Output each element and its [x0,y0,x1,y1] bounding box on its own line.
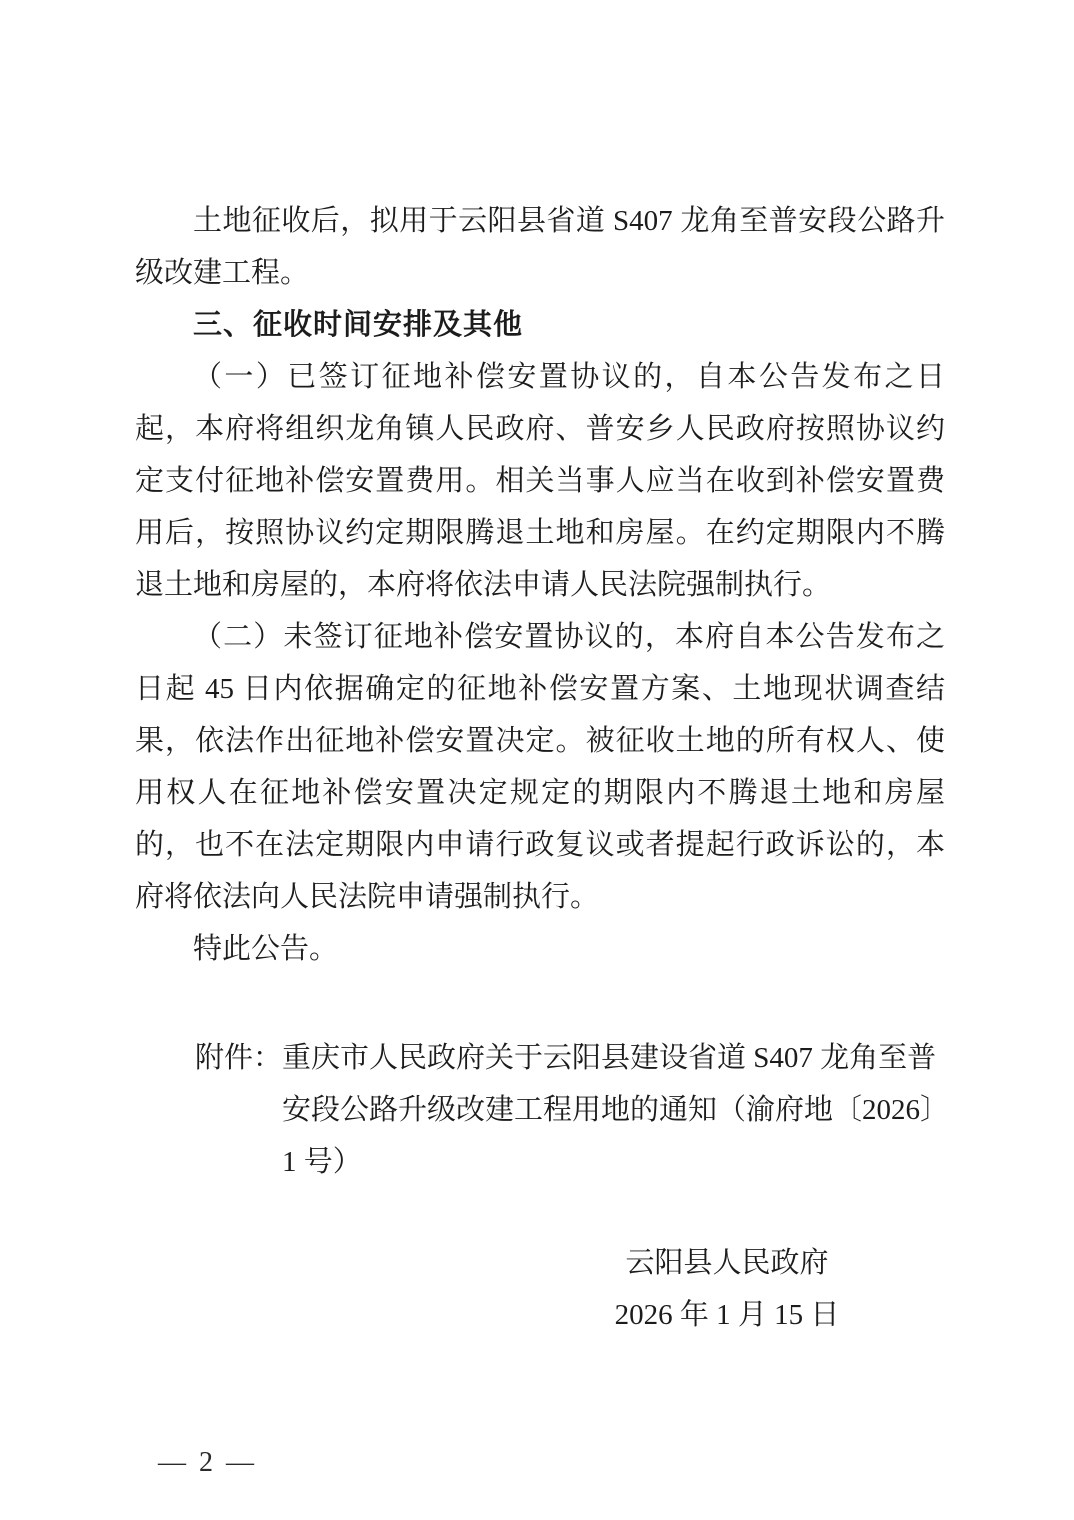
paragraph-item-2: （二）未签订征地补偿安置协议的，本府自本公告发布之日起 45 日内依据确定的征地… [135,611,945,923]
attachment-title-line: 安段公路升级改建工程用地的通知（渝府地〔2026〕 [282,1084,949,1136]
page-number: — 2 — [158,1446,257,1480]
signature-block: 云阳县人民政府 2026 年 1 月 15 日 [611,1237,843,1341]
attachment-block: 附件： 重庆市人民政府关于云阳县建设省道 S407 龙角至普 安段公路升级改建工… [135,1032,945,1188]
attachment-label: 附件： [195,1032,282,1084]
intro-paragraph: 土地征收后，拟用于云阳县省道 S407 龙角至普安段公路升级改建工程。 [135,195,945,299]
signature-date: 2026 年 1 月 15 日 [611,1289,843,1341]
attachment-title-line: 1 号） [282,1136,949,1188]
section-heading: 三、征收时间安排及其他 [135,299,945,351]
attachment-title-line: 重庆市人民政府关于云阳县建设省道 S407 龙角至普 [282,1032,949,1084]
document-page: 土地征收后，拟用于云阳县省道 S407 龙角至普安段公路升级改建工程。 三、征收… [0,0,1074,1520]
attachment-title: 重庆市人民政府关于云阳县建设省道 S407 龙角至普 安段公路升级改建工程用地的… [282,1032,949,1188]
signature-issuer: 云阳县人民政府 [611,1237,843,1289]
closing-statement: 特此公告。 [135,923,945,975]
paragraph-item-1: （一）已签订征地补偿安置协议的，自本公告发布之日起，本府将组织龙角镇人民政府、普… [135,351,945,611]
document-body: 土地征收后，拟用于云阳县省道 S407 龙角至普安段公路升级改建工程。 三、征收… [135,195,945,1341]
